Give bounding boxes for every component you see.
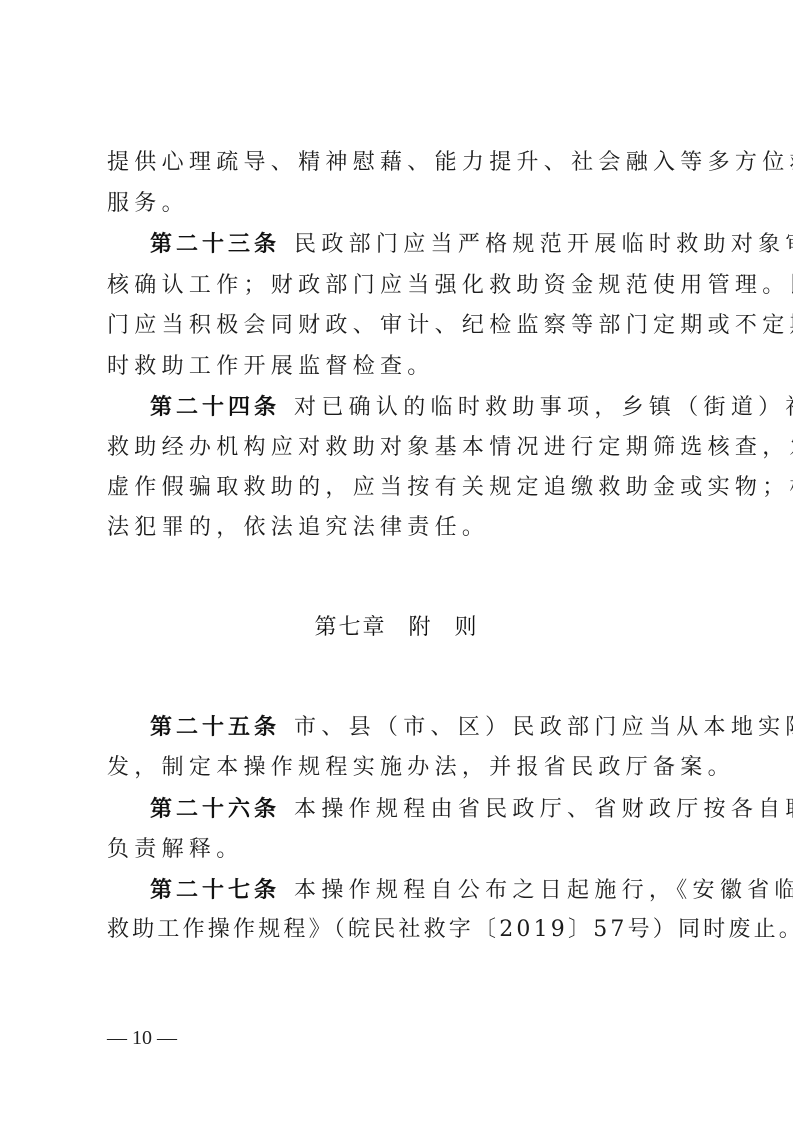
article-text: 市、县（市、区）民政部门应当从本地实际出 xyxy=(294,715,793,740)
text-line: 核确认工作；财政部门应当强化救助资金规范使用管理。民政部 xyxy=(107,271,697,301)
article-number: 第二十七条 xyxy=(150,878,280,903)
article-number: 第二十三条 xyxy=(150,232,280,257)
chapter-heading: 第七章附则 xyxy=(0,613,793,643)
text-line: 发，制定本操作规程实施办法，并报省民政厅备案。 xyxy=(107,753,697,783)
text-line: 负责解释。 xyxy=(107,835,697,865)
page-number: — 10 — xyxy=(107,1024,177,1052)
article-number: 第二十五条 xyxy=(150,715,280,740)
article-text: 对已确认的临时救助事项，乡镇（街道）社会 xyxy=(294,395,793,420)
text-line: 救助经办机构应对救助对象基本情况进行定期筛选核查，发现弄 xyxy=(107,433,697,463)
chapter-title-part: 附 xyxy=(408,615,432,640)
article-24-first-line: 第二十四条对已确认的临时救助事项，乡镇（街道）社会 xyxy=(150,393,740,423)
text-line: 门应当积极会同财政、审计、纪检监察等部门定期或不定期对临 xyxy=(107,311,697,341)
article-23-first-line: 第二十三条民政部门应当严格规范开展临时救助对象审 xyxy=(150,230,740,260)
article-26-first-line: 第二十六条本操作规程由省民政厅、省财政厅按各自职能 xyxy=(150,795,740,825)
article-text: 民政部门应当严格规范开展临时救助对象审 xyxy=(294,232,793,257)
text-line: 时救助工作开展监督检查。 xyxy=(107,352,697,382)
article-text: 本操作规程由省民政厅、省财政厅按各自职能 xyxy=(294,797,793,822)
article-25-first-line: 第二十五条市、县（市、区）民政部门应当从本地实际出 xyxy=(150,713,740,743)
text-line: 虚作假骗取救助的，应当按有关规定追缴救助金或实物；构成违 xyxy=(107,473,697,503)
chapter-number: 第七章 xyxy=(314,615,386,640)
text-line: 服务。 xyxy=(107,189,697,219)
article-27-first-line: 第二十七条本操作规程自公布之日起施行，《安徽省临时 xyxy=(150,876,740,906)
article-number: 第二十四条 xyxy=(150,395,280,420)
text-line: 提供心理疏导、精神慰藉、能力提升、社会融入等多方位救助 xyxy=(107,148,697,178)
document-page: 提供心理疏导、精神慰藉、能力提升、社会融入等多方位救助 服务。 第二十三条民政部… xyxy=(0,0,793,1122)
text-line: 法犯罪的，依法追究法律责任。 xyxy=(107,513,697,543)
article-number: 第二十六条 xyxy=(150,797,280,822)
article-text: 本操作规程自公布之日起施行，《安徽省临时 xyxy=(294,878,793,903)
text-line: 救助工作操作规程》（皖民社救字〔2019〕57号）同时废止。 xyxy=(107,915,697,945)
chapter-title-part: 则 xyxy=(455,615,479,640)
